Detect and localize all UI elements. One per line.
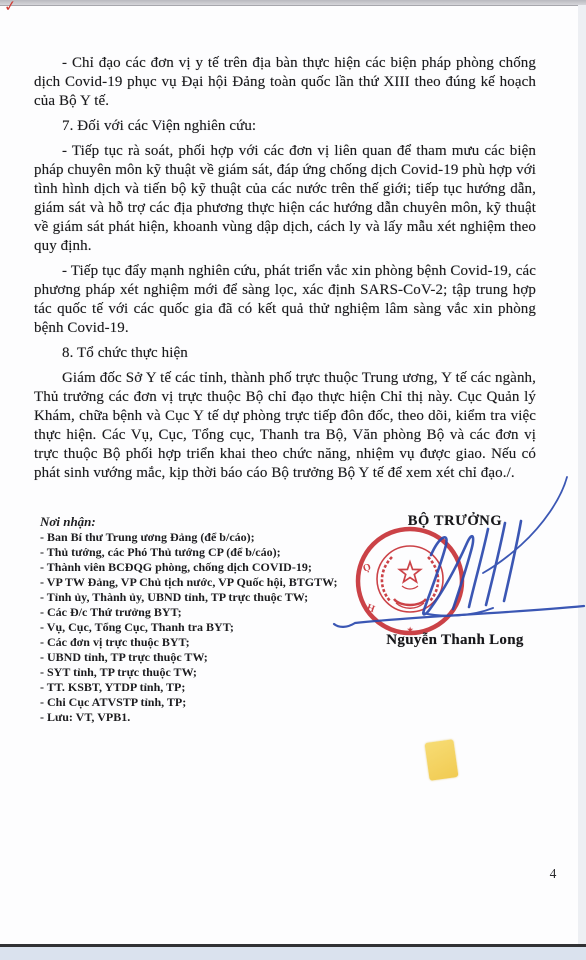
recipient-item: - Các Đ/c Thứ trưởng BYT; bbox=[40, 605, 340, 620]
sticky-note bbox=[424, 739, 458, 781]
recipient-item: - SYT tỉnh, TP trực thuộc TW; bbox=[40, 665, 340, 680]
recipient-item: - Thủ tướng, các Phó Thủ tướng CP (để b/… bbox=[40, 545, 340, 560]
document-body: - Chỉ đạo các đơn vị y tế trên địa bàn t… bbox=[34, 54, 536, 489]
signature-icon bbox=[325, 465, 586, 635]
document-page: ✓ - Chỉ đạo các đơn vị y tế trên địa bàn… bbox=[0, 0, 586, 960]
recipient-item: - Tỉnh ủy, Thành ủy, UBND tỉnh, TP trực … bbox=[40, 590, 340, 605]
section-heading: 7. Đối với các Viện nghiên cứu: bbox=[34, 117, 536, 136]
recipient-item: - Vụ, Cục, Tổng Cục, Thanh tra BYT; bbox=[40, 620, 340, 635]
recipient-item: - TT. KSBT, YTDP tỉnh, TP; bbox=[40, 680, 340, 695]
recipient-item: - Lưu: VT, VPB1. bbox=[40, 710, 340, 725]
paragraph: - Tiếp tục đẩy mạnh nghiên cứu, phát tri… bbox=[34, 262, 536, 338]
recipient-item: - VP TW Đảng, VP Chủ tịch nước, VP Quốc … bbox=[40, 575, 340, 590]
top-edge-bar bbox=[0, 0, 586, 6]
recipient-item: - UBND tỉnh, TP trực thuộc TW; bbox=[40, 650, 340, 665]
paragraph: - Chỉ đạo các đơn vị y tế trên địa bàn t… bbox=[34, 54, 536, 111]
recipient-item: - Thành viên BCĐQG phòng, chống dịch COV… bbox=[40, 560, 340, 575]
page-number: 4 bbox=[543, 866, 563, 882]
bottom-edge-strip bbox=[0, 947, 586, 960]
recipient-item: - Các đơn vị trực thuộc BYT; bbox=[40, 635, 340, 650]
red-checkmark-icon: ✓ bbox=[3, 0, 17, 16]
signer-name: Nguyễn Thanh Long bbox=[355, 632, 555, 649]
recipient-item: - Ban Bí thư Trung ương Đảng (để b/cáo); bbox=[40, 530, 340, 545]
recipient-item: - Chi Cục ATVSTP tỉnh, TP; bbox=[40, 695, 340, 710]
recipients-block: Nơi nhận: - Ban Bí thư Trung ương Đảng (… bbox=[40, 514, 340, 725]
paragraph: - Tiếp tục rà soát, phối hợp với các đơn… bbox=[34, 142, 536, 256]
recipients-title: Nơi nhận: bbox=[40, 514, 340, 529]
section-heading: 8. Tổ chức thực hiện bbox=[34, 344, 536, 363]
